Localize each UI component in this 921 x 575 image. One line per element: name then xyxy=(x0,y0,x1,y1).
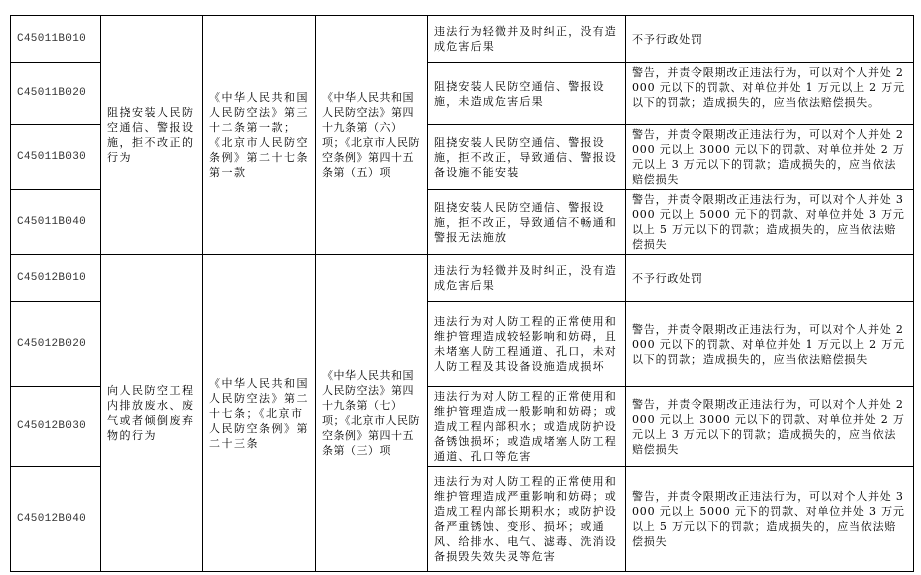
penalty-standard: 警告，并责令限期改正违法行为，可以对个人并处 3000 元以上 5000 元下的… xyxy=(626,467,914,572)
penalty-standard: 不予行政处罚 xyxy=(626,255,914,302)
violation-behavior: 向人民防空工程内排放废水、废气或者倾倒废弃物的行为 xyxy=(101,255,203,572)
item-code: C45012B030 xyxy=(11,387,101,467)
table-row: C45012B010 向人民防空工程内排放废水、废气或者倾倒废弃物的行为 《中华… xyxy=(11,255,914,302)
penalty-standard: 警告，并责令限期改正违法行为，可以对个人并处 2000 元以上 3000 元以下… xyxy=(626,387,914,467)
violation-circumstance: 违法行为轻微并及时纠正，没有造成危害后果 xyxy=(428,16,626,63)
item-code: C45011B020 xyxy=(11,63,101,125)
violation-behavior: 阻挠安装人民防空通信、警报设施，拒不改正的行为 xyxy=(101,16,203,255)
item-code: C45012B020 xyxy=(11,302,101,387)
item-code: C45012B010 xyxy=(11,255,101,302)
violation-circumstance: 违法行为对人防工程的正常使用和维护管理造成较轻影响和妨碍，且未堵塞人防工程通道、… xyxy=(428,302,626,387)
legal-basis: 《中华人民共和国人民防空法》第三十二条第一款；《北京市人民防空条例》第二十七条第… xyxy=(203,16,316,255)
penalty-standard: 警告，并责令限期改正违法行为，可以对个人并处 2000 元以上 3000 元以下… xyxy=(626,125,914,190)
violation-circumstance: 阻挠安装人民防空通信、警报设施，拒不改正，导致通信、警报设备设施不能安装 xyxy=(428,125,626,190)
item-code: C45011B030 xyxy=(11,125,101,190)
table-row: C45011B010 阻挠安装人民防空通信、警报设施，拒不改正的行为 《中华人民… xyxy=(11,16,914,63)
item-code: C45012B040 xyxy=(11,467,101,572)
penalty-basis: 《中华人民共和国人民防空法》第四十九条第（六）项；《北京市人民防空条例》第四十五… xyxy=(316,16,428,255)
violation-circumstance: 阻挠安装人民防空通信、警报设施，未造成危害后果 xyxy=(428,63,626,125)
penalty-standard: 警告，并责令限期改正违法行为，可以对个人并处 2000 元以下的罚款、对单位并处… xyxy=(626,302,914,387)
violation-circumstance: 违法行为对人防工程的正常使用和维护管理造成严重影响和妨碍；或造成工程内部长期积水… xyxy=(428,467,626,572)
penalty-standard: 警告，并责令限期改正违法行为，可以对个人并处 3000 元以上 5000 元下的… xyxy=(626,190,914,255)
penalty-standard: 不予行政处罚 xyxy=(626,16,914,63)
violation-circumstance: 阻挠安装人民防空通信、警报设施，拒不改正，导致通信不畅通和警报无法施放 xyxy=(428,190,626,255)
penalty-standard: 警告，并责令限期改正违法行为，可以对个人并处 2000 元以下的罚款、对单位并处… xyxy=(626,63,914,125)
penalty-standards-table: C45011B010 阻挠安装人民防空通信、警报设施，拒不改正的行为 《中华人民… xyxy=(10,15,914,572)
violation-circumstance: 违法行为轻微并及时纠正，没有造成危害后果 xyxy=(428,255,626,302)
legal-basis: 《中华人民共和国人民防空法》第二十七条；《北京市人民防空条例》第二十三条 xyxy=(203,255,316,572)
penalty-basis: 《中华人民共和国人民防空法》第四十九条第（七）项；《北京市人民防空条例》第四十五… xyxy=(316,255,428,572)
violation-circumstance: 违法行为对人防工程的正常使用和维护管理造成一般影响和妨碍；或造成工程内部积水；或… xyxy=(428,387,626,467)
item-code: C45011B010 xyxy=(11,16,101,63)
item-code: C45011B040 xyxy=(11,190,101,255)
